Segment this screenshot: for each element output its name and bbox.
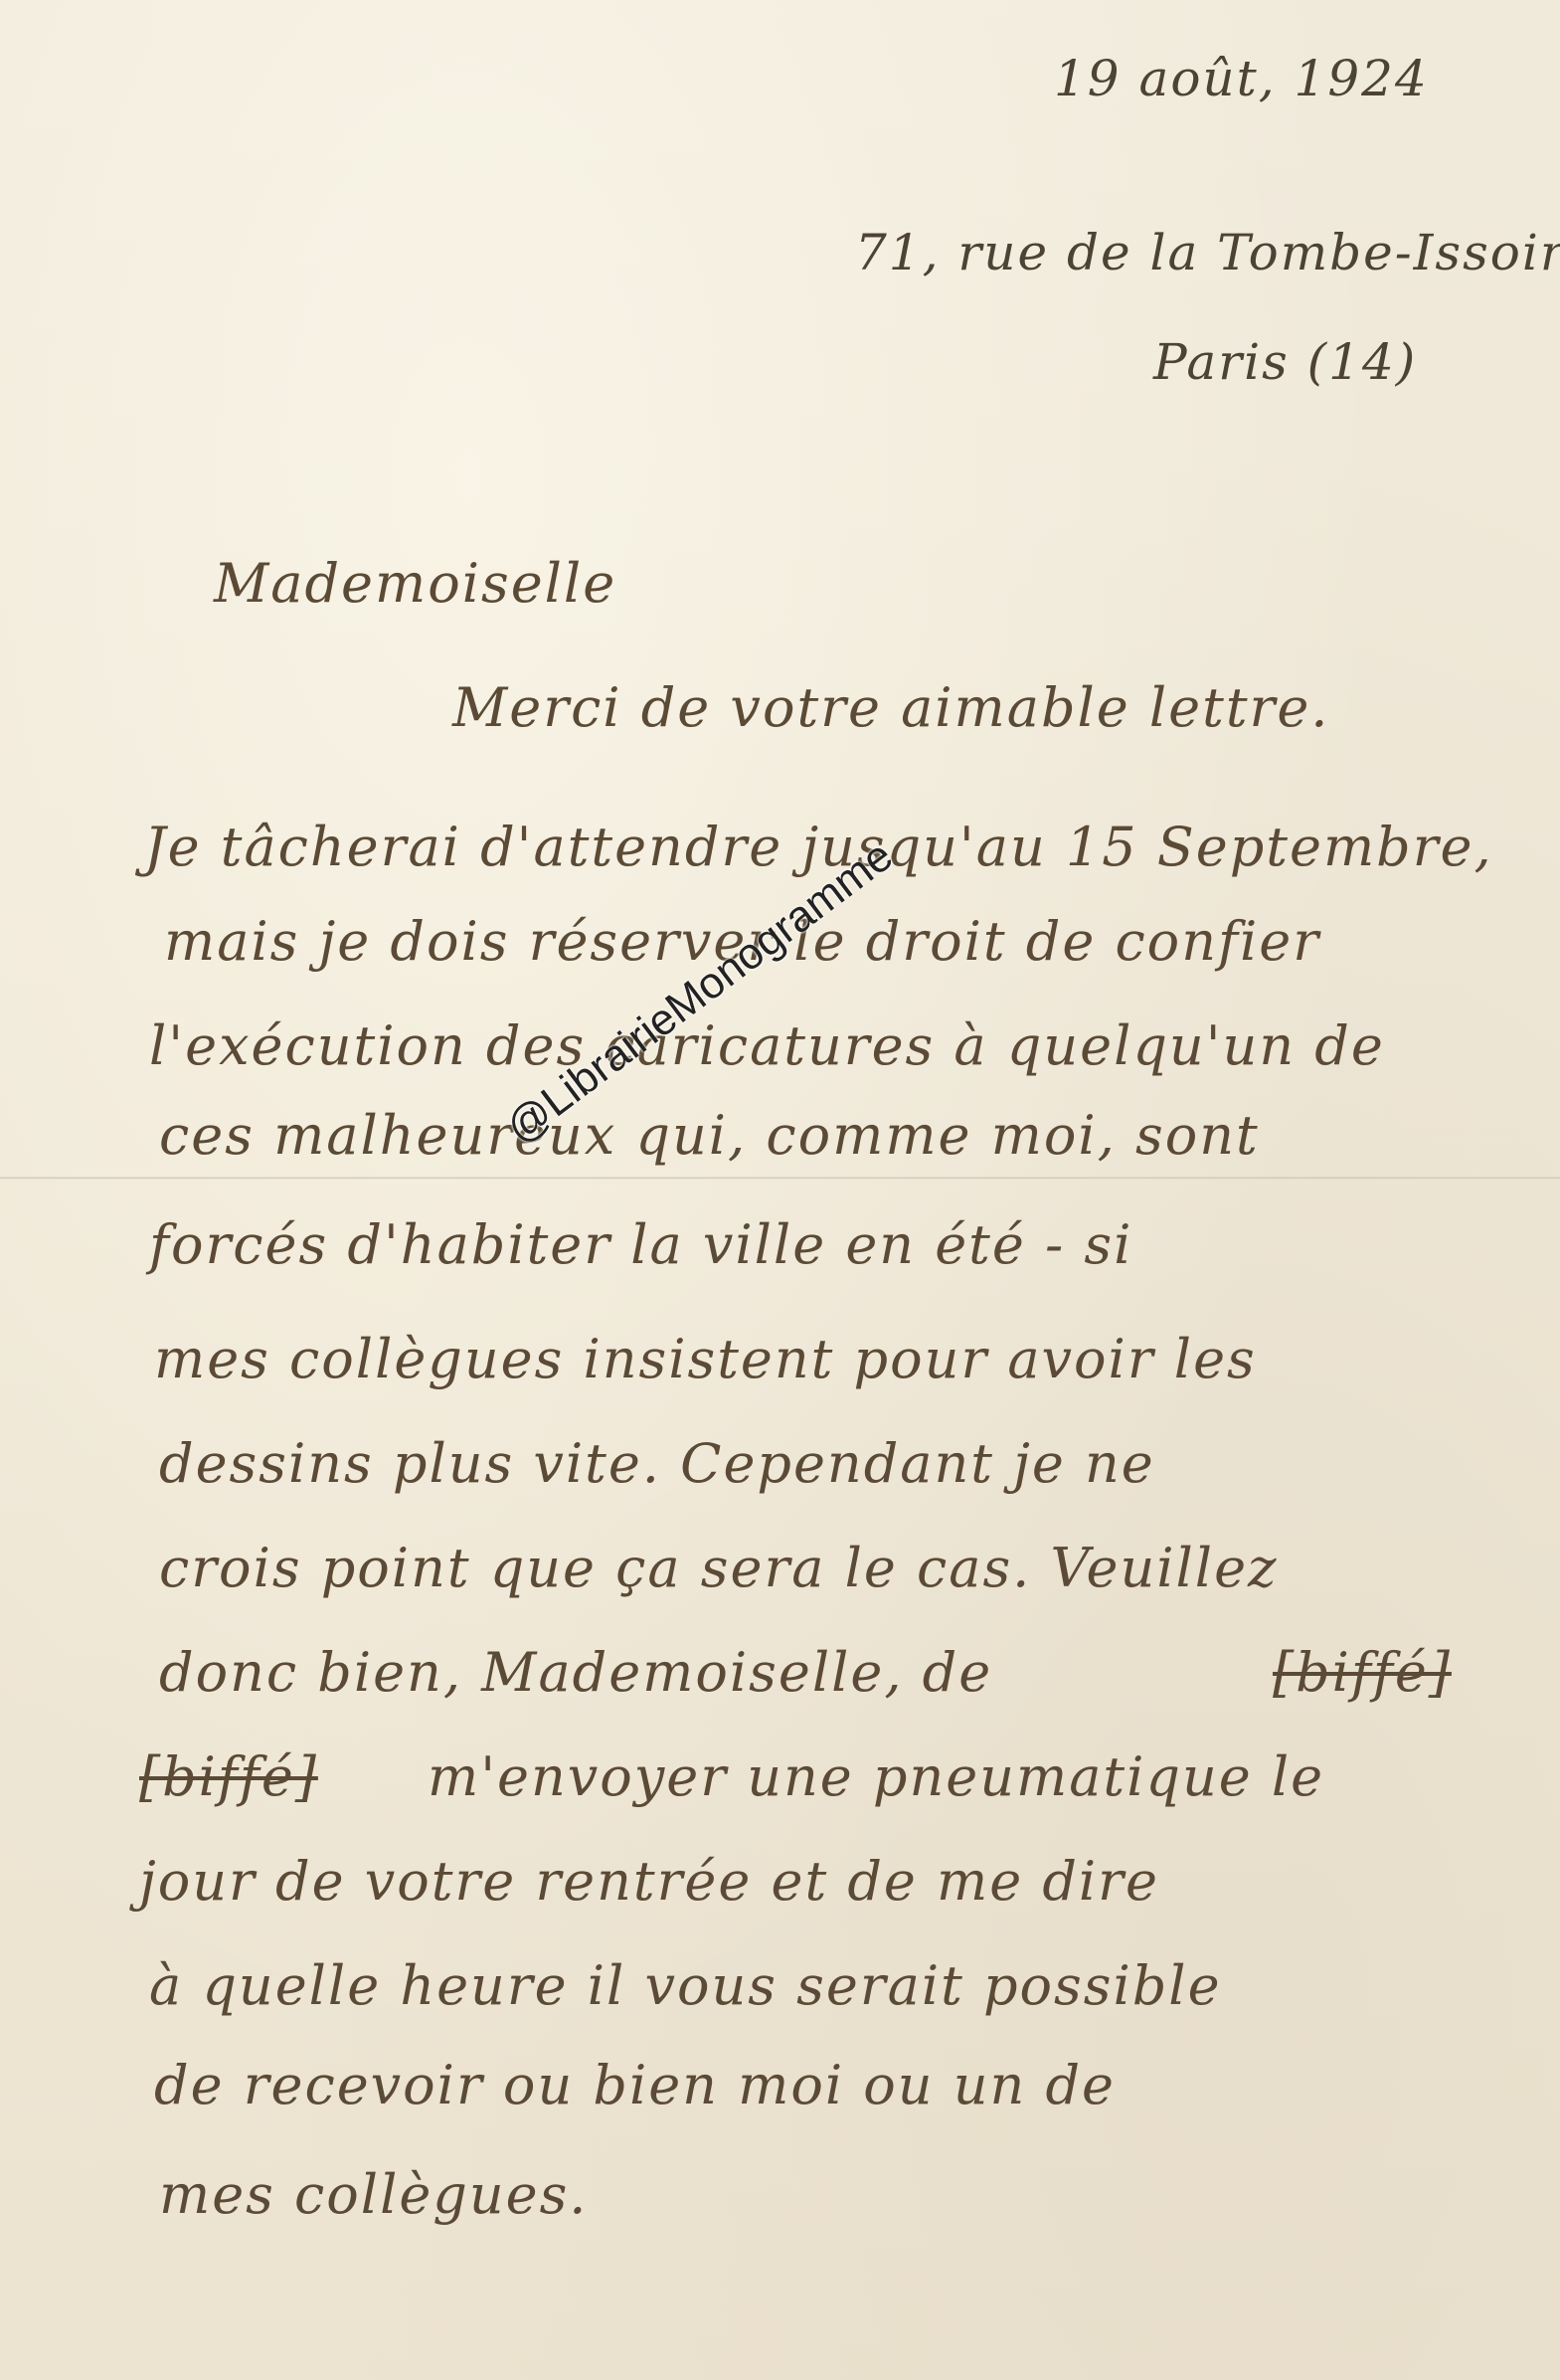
body-line: crois point que ça sera le cas. Veuillez [159, 1537, 1279, 1599]
letter-page: 19 août, 1924 71, rue de la Tombe-Issoir… [0, 0, 1560, 2380]
body-line: donc bien, Mademoiselle, de [159, 1641, 992, 1704]
letter-date: 19 août, 1924 [1054, 50, 1429, 107]
salutation: Mademoiselle [214, 552, 616, 615]
struck-word: [biffé] [139, 1745, 318, 1808]
body-line: dessins plus vite. Cependant je ne [159, 1432, 1155, 1495]
body-line: forcés d'habiter la ville en été - si [149, 1213, 1132, 1276]
body-line: ces malheureux qui, comme moi, sont [159, 1104, 1260, 1167]
body-line: Merci de votre aimable lettre. [452, 676, 1329, 739]
body-line: mes collègues insistent pour avoir les [154, 1328, 1257, 1390]
paper-fold-crease [0, 1177, 1560, 1180]
body-line: Je tâcherai d'attendre jusqu'au 15 Septe… [144, 816, 1493, 878]
body-line: jour de votre rentrée et de me dire [139, 1850, 1159, 1913]
body-line: à quelle heure il vous serait possible [149, 1954, 1222, 2017]
address-line-2: Paris (14) [1153, 333, 1417, 391]
body-line: de recevoir ou bien moi ou un de [154, 2054, 1116, 2116]
body-line: mes collègues. [159, 2163, 588, 2226]
body-line: l'exécution des caricatures à quelqu'un … [149, 1014, 1385, 1077]
body-line: m'envoyer une pneumatique le [428, 1745, 1324, 1808]
address-line-1: 71, rue de la Tombe-Issoire [855, 224, 1560, 281]
struck-word: [biffé] [1273, 1641, 1452, 1704]
